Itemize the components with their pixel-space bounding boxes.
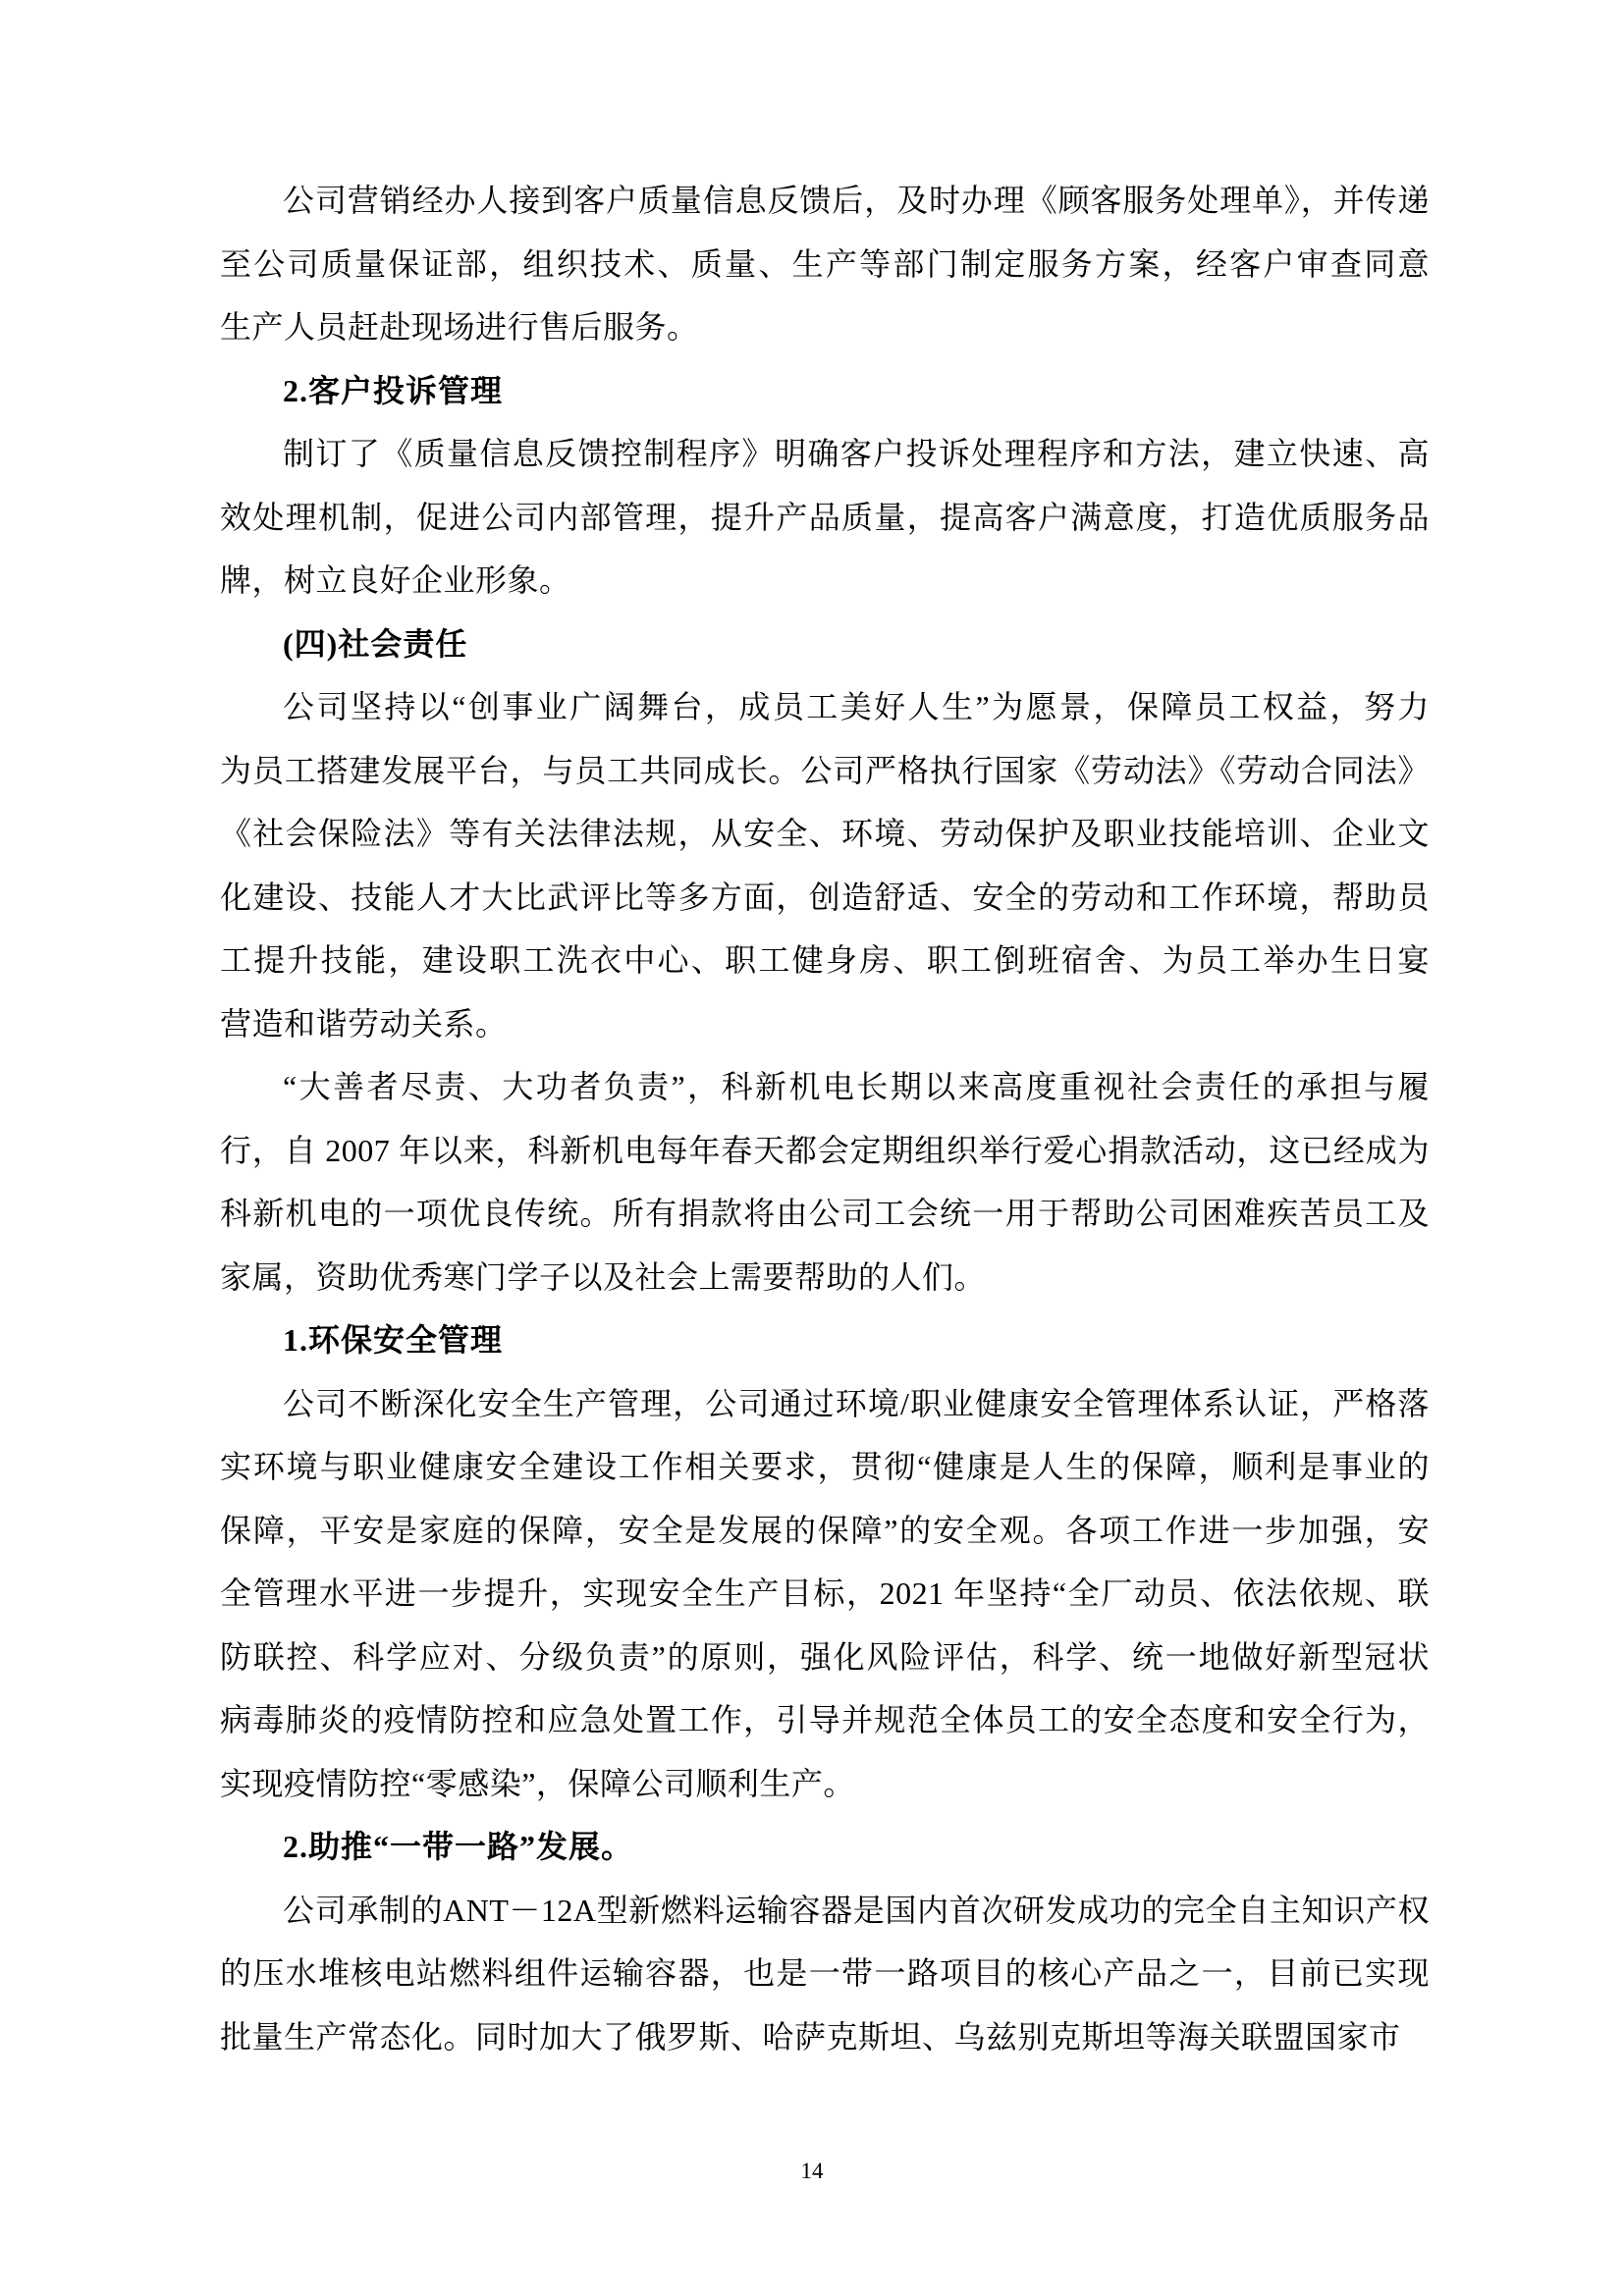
text-line: 行，自 2007 年以来，科新机电每年春天都会定期组织举行爱心捐款活动，这已经成… bbox=[220, 1119, 1430, 1183]
text-line: 批量生产常态化。同时加大了俄罗斯、哈萨克斯坦、乌兹别克斯坦等海关联盟国家市 bbox=[220, 2005, 1430, 2069]
text-line: 的压水堆核电站燃料组件运输容器，也是一带一路项目的核心产品之一，目前已实现 bbox=[220, 1942, 1430, 2005]
section-heading: 2.助推“一带一路”发展。 bbox=[220, 1815, 1430, 1879]
text-line: 《社会保险法》等有关法律法规，从安全、环境、劳动保护及职业技能培训、企业文 bbox=[220, 802, 1430, 866]
text-line: 科新机电的一项优良传统。所有捐款将由公司工会统一用于帮助公司困难疾苦员工及 bbox=[220, 1182, 1430, 1246]
text-line: 防联控、科学应对、分级负责”的原则，强化风险评估，科学、统一地做好新型冠状 bbox=[220, 1626, 1430, 1689]
text-line: 营造和谐劳动关系。 bbox=[220, 992, 1430, 1056]
text-line: 病毒肺炎的疫情防控和应急处置工作，引导并规范全体员工的安全态度和安全行为， bbox=[220, 1688, 1430, 1752]
section-heading: 2.客户投诉管理 bbox=[220, 359, 1430, 423]
text-line: 公司不断深化安全生产管理，公司通过环境/职业健康安全管理体系认证，严格落 bbox=[220, 1372, 1430, 1436]
text-line: 工提升技能，建设职工洗衣中心、职工健身房、职工倒班宿舍、为员工举办生日宴等， bbox=[220, 929, 1430, 992]
text-line: 牌，树立良好企业形象。 bbox=[220, 549, 1430, 613]
text-line: 家属，资助优秀寒门学子以及社会上需要帮助的人们。 bbox=[220, 1246, 1430, 1309]
text-line: 公司营销经办人接到客户质量信息反馈后，及时办理《顾客服务处理单》，并传递 bbox=[220, 169, 1430, 233]
text-line: 实现疫情防控“零感染”，保障公司顺利生产。 bbox=[220, 1752, 1430, 1816]
document-page: 公司营销经办人接到客户质量信息反馈后，及时办理《顾客服务处理单》，并传递至公司质… bbox=[0, 0, 1624, 2296]
text-line: 化建设、技能人才大比武评比等多方面，创造舒适、安全的劳动和工作环境，帮助员 bbox=[220, 866, 1430, 930]
page-number: 14 bbox=[801, 2159, 824, 2183]
text-line: 公司承制的ANT－12A型新燃料运输容器是国内首次研发成功的完全自主知识产权 bbox=[220, 1879, 1430, 1943]
text-line: 公司坚持以“创事业广阔舞台，成员工美好人生”为愿景，保障员工权益，努力 bbox=[220, 675, 1430, 739]
text-line: 为员工搭建发展平台，与员工共同成长。公司严格执行国家《劳动法》《劳动合同法》 bbox=[220, 739, 1430, 803]
text-line: 保障，平安是家庭的保障，安全是发展的保障”的安全观。各项工作进一步加强，安 bbox=[220, 1499, 1430, 1563]
text-line: 至公司质量保证部，组织技术、质量、生产等部门制定服务方案，经客户审查同意后， bbox=[220, 233, 1430, 296]
text-line: 效处理机制，促进公司内部管理，提升产品质量，提高客户满意度，打造优质服务品 bbox=[220, 486, 1430, 550]
section-heading: 1.环保安全管理 bbox=[220, 1308, 1430, 1372]
document-body: 公司营销经办人接到客户质量信息反馈后，及时办理《顾客服务处理单》，并传递至公司质… bbox=[220, 169, 1430, 2068]
text-line: 制订了《质量信息反馈控制程序》明确客户投诉处理程序和方法，建立快速、高 bbox=[220, 422, 1430, 486]
text-line: “大善者尽责、大功者负责”，科新机电长期以来高度重视社会责任的承担与履 bbox=[220, 1055, 1430, 1119]
text-line: 生产人员赶赴现场进行售后服务。 bbox=[220, 295, 1430, 359]
section-heading: (四)社会责任 bbox=[220, 613, 1430, 676]
page-footer: 14 bbox=[0, 2156, 1624, 2187]
text-line: 全管理水平进一步提升，实现安全生产目标，2021 年坚持“全厂动员、依法依规、联 bbox=[220, 1562, 1430, 1626]
text-line: 实环境与职业健康安全建设工作相关要求，贯彻“健康是人生的保障，顺利是事业的 bbox=[220, 1435, 1430, 1499]
